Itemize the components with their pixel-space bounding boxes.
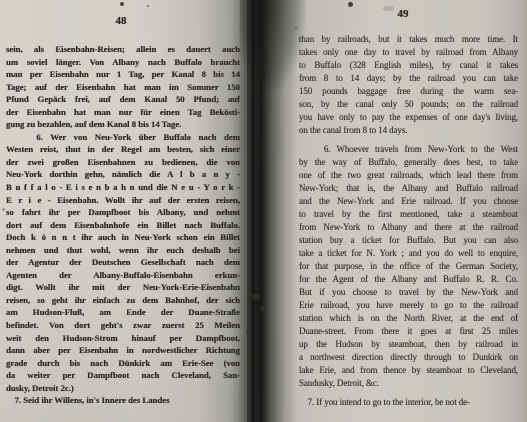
text-line: But if you choose to travel by the New-Y… [299, 286, 518, 299]
text-line: station buy a ticket for Buffalo. But yo… [299, 234, 518, 247]
text-line: weit den Hudson-Strom hinauf per Dampfbo… [6, 332, 240, 345]
text-line: am Hudson-Fluß, am Ende der Duane-Straße [6, 306, 240, 319]
ink-smudge [383, 6, 394, 11]
text-line: from New-York to Albany and there at the… [299, 221, 518, 234]
text-line: reisen, so geht ihr einfach zu dem Bahnh… [6, 294, 240, 307]
ink-speck [2, 208, 5, 211]
text-line: by the way of Buffalo, generally does be… [299, 156, 518, 169]
text-line: for the Agent of the Albany and Buffalo … [299, 273, 518, 286]
text-line: Westen reist, thut in der Regel am beste… [6, 143, 240, 156]
text-line: 150 pounds baggage free during the warm … [299, 85, 518, 98]
ink-speck [255, 281, 258, 284]
ink-speck [260, 306, 265, 312]
text-line: to Buffalo (328 English miles), by canal… [299, 59, 518, 72]
text-line: one of the two great railroads, which le… [299, 169, 518, 182]
text-line: on the canal from 8 to 14 days. [299, 124, 518, 137]
text-line: Agenten der Albany-Buffalo-Eisenbahn erk… [6, 269, 240, 282]
text-line: Neu-York dorthin gehn, nämlich die A l b… [6, 168, 240, 181]
text-line: and the New-York and Erie railroad. If y… [299, 195, 518, 208]
text-line: der zwei großen Eisenbahnen zu bedienen,… [6, 156, 240, 169]
text-line: lake Erie, and from thence by steamboat … [299, 364, 518, 377]
text-line: Doch k ö n n t ihr auch in Neu-York scho… [6, 231, 240, 244]
ink-speck [147, 5, 149, 7]
text-line: a northwest direction directly through t… [299, 351, 518, 364]
text-line: 7. Seid ihr Willens, in's Innere des Lan… [6, 394, 240, 407]
text-line: B u f f a l o - E i s e n b a h n und di… [6, 181, 240, 194]
text-line: 6. Wer von Neu-York über Buffalo nach de… [6, 131, 240, 144]
text-line: um soviel länger. Von Albany nach Buffal… [6, 56, 240, 69]
text-line: from 8 to 14 days; by the railroad you c… [299, 72, 518, 85]
text-line: station which is on the North River, at … [299, 312, 518, 325]
text-line: takes only one day to travel by railroad… [299, 46, 518, 59]
text-line: son, by the canal only 50 pounds; on the… [299, 98, 518, 111]
book-scan: 48 49 sein, als Eisenbahn-Reisen; allein… [0, 0, 527, 422]
ink-speck [246, 330, 250, 334]
text-line: New-York; that is, the Albany and Buffal… [299, 182, 518, 195]
right-page-text-column: than by railroads, but it takes much mor… [299, 33, 518, 409]
text-line: Duane-street. From there it goes at firs… [299, 325, 518, 338]
ink-speck [295, 27, 297, 29]
page-edge-line [252, 0, 254, 422]
text-line: to travel by the first mentioned, take a… [299, 208, 518, 221]
text-line: Sandusky, Detroit, &c. [299, 377, 518, 390]
text-line: Erie railroad, you have merely to go to … [299, 299, 518, 312]
text-line: you have only to pay the expenses of one… [299, 111, 518, 124]
text-line: digt. Wollt ihr mit der Neu-York-Erie-Ei… [6, 281, 240, 294]
text-line: dann aber per Eisenbahn in nordwestliche… [6, 344, 240, 357]
text-line: der Eisenbahn hat man nur für einen Tag … [6, 106, 240, 119]
text-line: take a ticket for N. York ; and you do w… [299, 247, 518, 260]
text-line: E r i e - Eisenbahn. Wollt ihr auf der e… [6, 194, 240, 207]
ink-speck [252, 293, 260, 300]
text-line: befindet. Von dort geht's zwar zuerst 25… [6, 319, 240, 332]
text-line: dort auf dem Eisenbahnhofe ein Billet na… [6, 219, 240, 232]
text-line: sein, als Eisenbahn-Reisen; allein es da… [6, 43, 240, 56]
left-page-number: 48 [106, 15, 136, 27]
text-line: grade durch bis nach Dünkirk am Erie-See… [6, 357, 240, 370]
left-page-text-column: sein, als Eisenbahn-Reisen; allein es da… [6, 43, 240, 407]
text-line: gung zu bezahlen, auf dem Kanal 8 bis 14… [6, 118, 240, 131]
ink-speck [120, 2, 124, 6]
text-line: man per Eisenbahn nur 1 Tag, per Kanal 8… [6, 68, 240, 81]
text-line: so fahrt ihr per Dampfboot bis Albany, u… [6, 206, 240, 219]
text-line: dusky, Detroit 2c.) [6, 382, 240, 395]
text-line: 6. Whoever travels from New-York to the … [299, 143, 518, 156]
text-line: for that purpose, in the office of the G… [299, 260, 518, 273]
text-line: nehmen und thut wohl, wenn ihr euch desh… [6, 244, 240, 257]
text-line: Tage; auf der Eisenbahn hat man im Somme… [6, 81, 240, 94]
text-line: than by railroads, but it takes much mor… [299, 33, 518, 46]
text-line: der Agentur der Deutschen Gesellschaft n… [6, 256, 240, 269]
text-line: da weiter per Dampfboot nach Cleveland, … [6, 369, 240, 382]
ink-speck [348, 2, 353, 7]
text-line: up the Hudson by steamboat, then by rail… [299, 338, 518, 351]
text-line: 7. If you intend to go to the interior, … [299, 396, 518, 409]
text-line: Pfund Gepäck frei, auf dem Kanal 50 Pfun… [6, 93, 240, 106]
